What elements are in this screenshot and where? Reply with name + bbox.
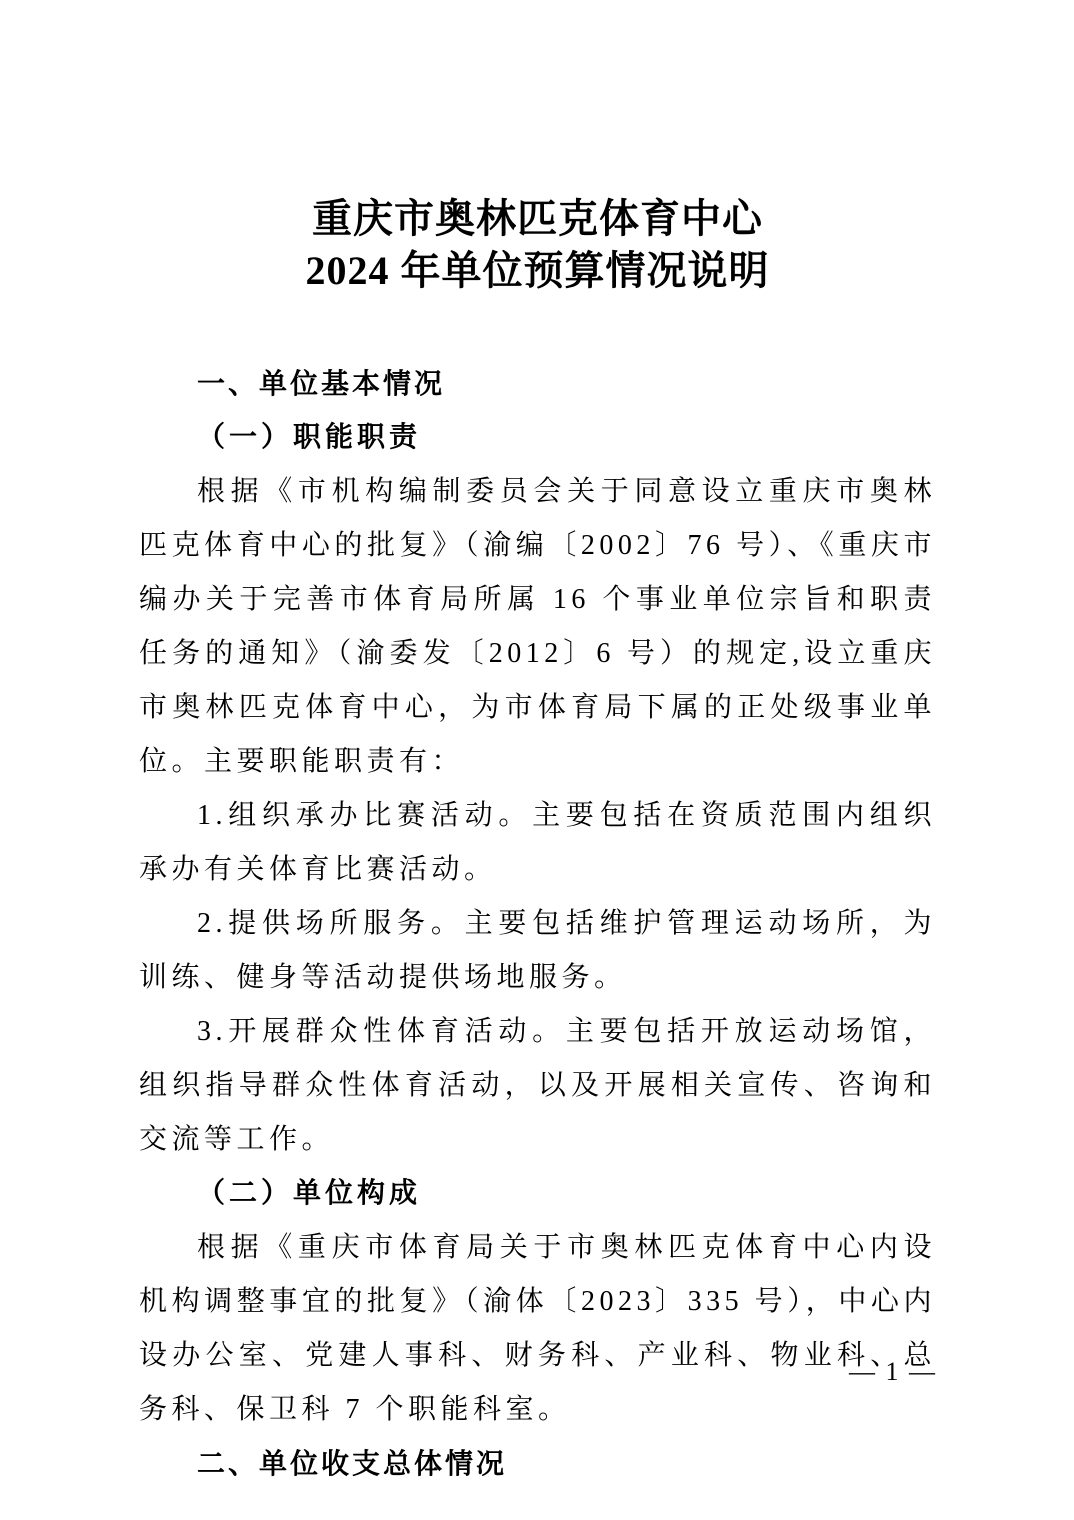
paragraph-duty-1: 1.组织承办比赛活动。主要包括在资质范围内组织承办有关体育比赛活动。 bbox=[139, 789, 936, 897]
document-body: 一、单位基本情况 （一）职能职责 根据《市机构编制委员会关于同意设立重庆市奥林匹… bbox=[139, 357, 936, 1491]
document-title: 重庆市奥林匹克体育中心 2024 年单位预算情况说明 bbox=[139, 193, 936, 297]
section-heading-revenue-expenditure: 二、单位收支总体情况 bbox=[139, 1437, 936, 1491]
subsection-heading-composition: （二）单位构成 bbox=[139, 1167, 936, 1221]
paragraph-duty-2: 2.提供场所服务。主要包括维护管理运动场所，为训练、健身等活动提供场地服务。 bbox=[139, 897, 936, 1005]
title-line-1: 重庆市奥林匹克体育中心 bbox=[139, 193, 936, 245]
page-footer: — 1 — bbox=[849, 1358, 937, 1386]
paragraph-composition: 根据《重庆市体育局关于市奥林匹克体育中心内设机构调整事宜的批复》（渝体〔2023… bbox=[139, 1221, 936, 1437]
paragraph-duty-3: 3.开展群众性体育活动。主要包括开放运动场馆，组织指导群众性体育活动，以及开展相… bbox=[139, 1005, 936, 1167]
title-line-2: 2024 年单位预算情况说明 bbox=[139, 245, 936, 297]
paragraph-establishment-basis: 根据《市机构编制委员会关于同意设立重庆市奥林匹克体育中心的批复》（渝编〔2002… bbox=[139, 465, 936, 789]
page-number: — 1 — bbox=[849, 1357, 937, 1386]
subsection-heading-duties: （一）职能职责 bbox=[139, 411, 936, 465]
section-heading-basic-info: 一、单位基本情况 bbox=[139, 357, 936, 411]
document-page: 重庆市奥林匹克体育中心 2024 年单位预算情况说明 一、单位基本情况 （一）职… bbox=[0, 0, 1074, 1520]
